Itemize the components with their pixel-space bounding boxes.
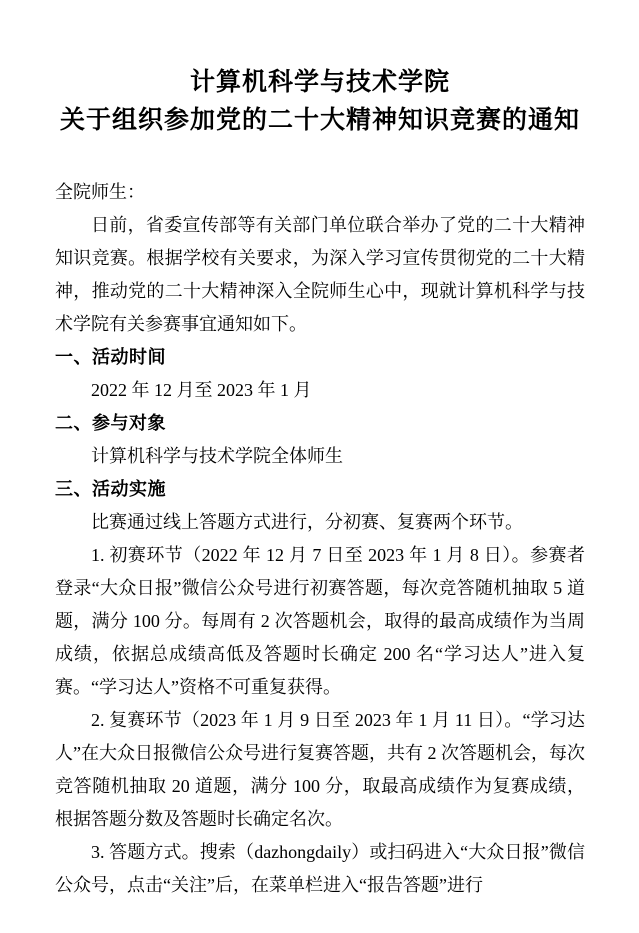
section-heading: 一、活动时间 [55, 341, 585, 374]
salutation: 全院师生： [55, 176, 585, 209]
intro-paragraph: 日前，省委宣传部等有关部门单位联合举办了党的二十大精神知识竞赛。根据学校有关要求… [55, 209, 585, 341]
document-title-line-1: 计算机科学与技术学院 [55, 64, 585, 102]
paragraph: 计算机科学与技术学院全体师生 [55, 440, 585, 473]
paragraph: 1. 初赛环节（2022 年 12 月 7 日至 2023 年 1 月 8 日）… [55, 539, 585, 704]
paragraph: 3. 答题方式。搜索（dazhongdaily）或扫码进入“大众日报”微信公众号… [55, 836, 585, 902]
section-paragraphs: 计算机科学与技术学院全体师生 [55, 440, 585, 473]
document-body: 全院师生： 日前，省委宣传部等有关部门单位联合举办了党的二十大精神知识竞赛。根据… [55, 176, 585, 902]
section: 二、参与对象 计算机科学与技术学院全体师生 [55, 407, 585, 473]
document-title-line-2: 关于组织参加党的二十大精神知识竞赛的通知 [55, 102, 585, 140]
paragraph: 2022 年 12 月至 2023 年 1 月 [55, 374, 585, 407]
sections: 一、活动时间 2022 年 12 月至 2023 年 1 月 二、参与对象 计算… [55, 341, 585, 902]
section-paragraphs: 2022 年 12 月至 2023 年 1 月 [55, 374, 585, 407]
paragraph: 比赛通过线上答题方式进行，分初赛、复赛两个环节。 [55, 506, 585, 539]
paragraph: 2. 复赛环节（2023 年 1 月 9 日至 2023 年 1 月 11 日）… [55, 704, 585, 836]
section-paragraphs: 比赛通过线上答题方式进行，分初赛、复赛两个环节。 1. 初赛环节（2022 年 … [55, 506, 585, 902]
section: 三、活动实施 比赛通过线上答题方式进行，分初赛、复赛两个环节。 1. 初赛环节（… [55, 473, 585, 902]
section: 一、活动时间 2022 年 12 月至 2023 年 1 月 [55, 341, 585, 407]
section-heading: 二、参与对象 [55, 407, 585, 440]
document-title: 计算机科学与技术学院 关于组织参加党的二十大精神知识竞赛的通知 [55, 64, 585, 140]
document-page: 计算机科学与技术学院 关于组织参加党的二十大精神知识竞赛的通知 全院师生： 日前… [0, 0, 639, 933]
section-heading: 三、活动实施 [55, 473, 585, 506]
